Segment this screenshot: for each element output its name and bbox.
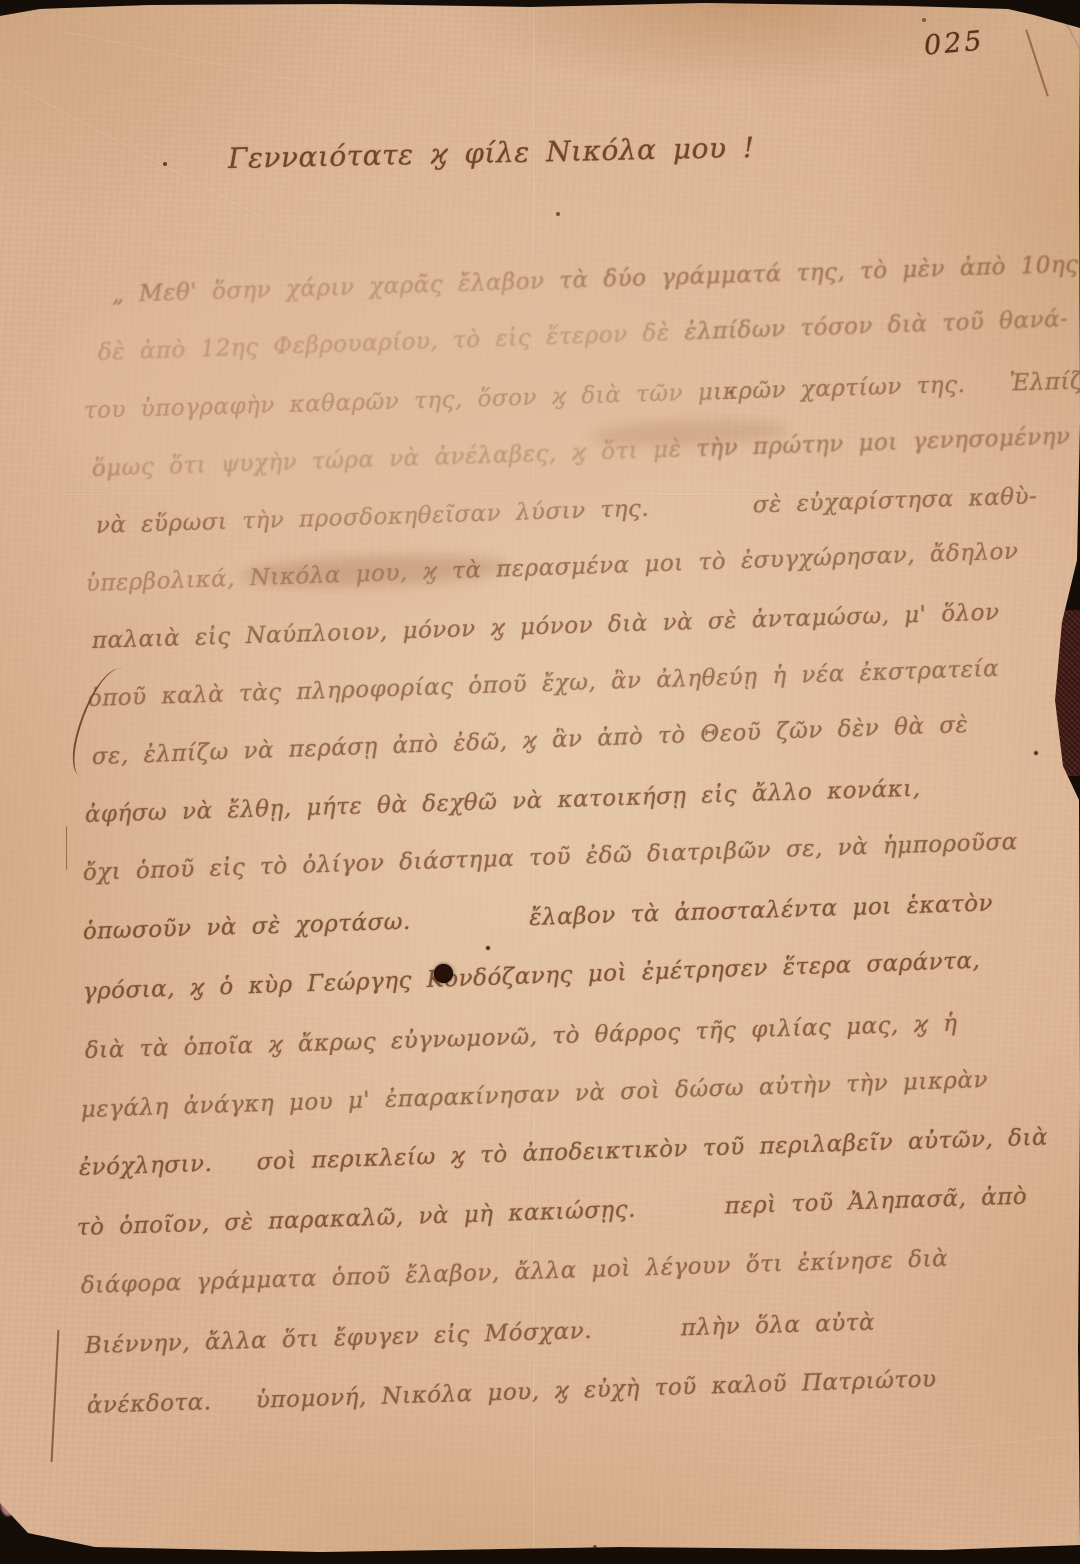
- manuscript-line: μεγάλη ἀνάγκη μου μ' ἐπαρακίνησαν νὰ σοὶ…: [80, 1067, 988, 1131]
- page-number: 025: [923, 25, 986, 61]
- corner-crease-line: [1025, 29, 1049, 96]
- ink-hairline: [66, 826, 67, 870]
- diagonal-wrinkle: [841, 1432, 1080, 1461]
- manuscript-line: γρόσια, ϗ ὁ κὺρ Γεώργης Κονδόζανης μοὶ ἐ…: [82, 948, 981, 1013]
- manuscript-line: ἀφήσω νὰ ἔλθῃ, μήτε θὰ δεχθῶ νὰ κατοικήσ…: [84, 776, 921, 836]
- manuscript-line: ὁποῦ καλὰ τὰς πληροφορίας ὁποῦ ἔχω, ἂν ἀ…: [87, 656, 999, 720]
- manuscript-line: ἀνέκδοτα. ὑπομονή, Νικόλα μου, ϗ εὐχὴ το…: [86, 1366, 937, 1427]
- manuscript-line: σε, ἐλπίζω νὰ περάσῃ ἀπὸ ἐδῶ, ϗ ἂν ἀπὸ τ…: [91, 712, 969, 778]
- manuscript-line: ὁπωσοῦν νὰ σὲ χορτάσω. ἔλαβον τὰ ἀποσταλ…: [82, 890, 993, 953]
- manuscript-line: ἐνόχλησιν. σοὶ περικλείω ϗ τὸ ἀποδεικτικ…: [78, 1125, 1048, 1189]
- manuscript-line: Βιέννην, ἄλλα ὅτι ἔφυγεν εἰς Μόσχαν. πλὴ…: [84, 1310, 875, 1367]
- manuscript-line: τὸ ὁποῖον, σὲ παρακαλῶ, νὰ μὴ κακιώσῃς. …: [76, 1183, 1027, 1249]
- manuscript-line: ὄχι ὁποῦ εἰς τὸ ὀλίγον διάστημα τοῦ ἐδῶ …: [82, 829, 1018, 894]
- manuscript-line: διὰ τὰ ὁποῖα ϗ ἄκρως εὐγνωμονῶ, τὸ θάρρο…: [84, 1011, 958, 1072]
- ink-blot-hole: [434, 964, 453, 983]
- ink-hairline: [51, 1330, 60, 1462]
- corner-tear-crease: [1038, 0, 1080, 70]
- ink-specks: [163, 162, 167, 166]
- salutation-line: Γενναιότατε ϗ φίλε Νικόλα μου !: [228, 131, 755, 175]
- vertical-crease: [660, 1440, 662, 1560]
- manuscript-page: 025 Γενναιότατε ϗ φίλε Νικόλα μου ! „ Με…: [0, 0, 1080, 1564]
- scan-background: 025 Γενναιότατε ϗ φίλε Νικόλα μου ! „ Με…: [0, 0, 1080, 1564]
- water-stain-wash: [55, 265, 705, 530]
- manuscript-line: διάφορα γράμματα ὁποῦ ἔλαβον, ἄλλα μοὶ λ…: [80, 1246, 948, 1307]
- diagonal-wrinkle: [63, 31, 337, 91]
